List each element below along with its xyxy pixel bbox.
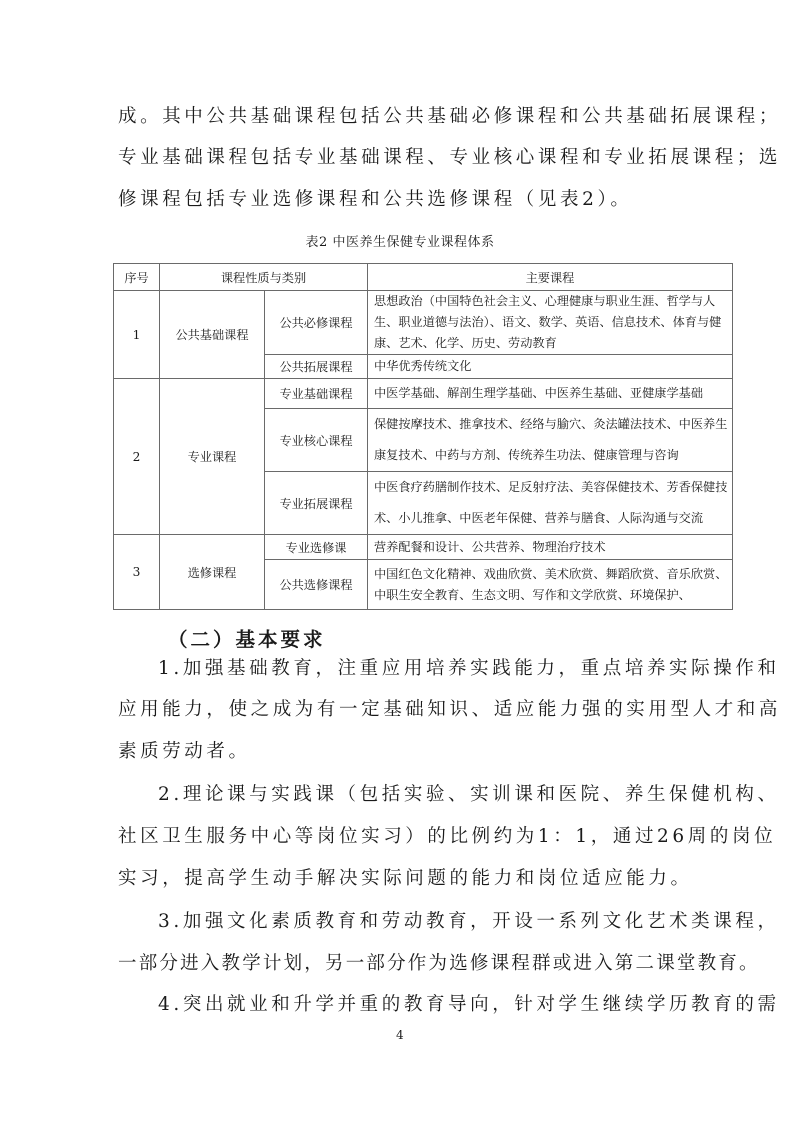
- req-line: 3.加强文化素质教育和劳动教育，开设一系列文化艺术类课程，: [158, 910, 780, 934]
- courses-cell: 思想政治（中国特色社会主义、心理健康与职业生涯、哲学与人生、职业道德与法治）、语…: [368, 291, 733, 355]
- header-category: 课程性质与类别: [160, 264, 368, 291]
- intro-line-2: 专业基础课程包括专业基础课程、专业核心课程和专业拓展课程；选: [118, 146, 781, 170]
- req-line: 应用能力，使之成为有一定基础知识、适应能力强的实用型人才和高: [118, 698, 781, 722]
- subcategory-cell: 公共选修课程: [265, 560, 368, 610]
- intro-line-1: 成。其中公共基础课程包括公共基础必修课程和公共基础拓展课程；: [118, 105, 781, 129]
- group-no: 3: [114, 535, 160, 610]
- courses-cell: 中医食疗药膳制作技术、足反射疗法、美容保健技术、芳香保健技术、小儿推拿、中医老年…: [368, 472, 733, 535]
- header-courses: 主要课程: [368, 264, 733, 291]
- group-category: 公共基础课程: [160, 291, 265, 379]
- page-number: 4: [396, 1028, 404, 1042]
- subcategory-cell: 专业拓展课程: [265, 472, 368, 535]
- subcategory-cell: 专业选修课: [265, 535, 368, 560]
- group-category: 专业课程: [160, 379, 265, 535]
- course-system-table: 序号 课程性质与类别 主要课程 1 公共基础课程 公共必修课程 思想政治（中国特…: [113, 263, 733, 610]
- subcategory-cell: 专业基础课程: [265, 379, 368, 409]
- section-heading: （二）基本要求: [168, 624, 326, 652]
- req-line: 2.理论课与实践课（包括实验、实训课和医院、养生保健机构、: [158, 783, 780, 807]
- table-row: 3 选修课程 专业选修课 营养配餐和设计、公共营养、物理治疗技术: [114, 535, 733, 560]
- req-line: 实习，提高学生动手解决实际问题的能力和岗位适应能力。: [118, 867, 693, 891]
- req-line: 一部分进入教学计划，另一部分作为选修课程群或进入第二课堂教育。: [118, 952, 760, 976]
- req-line: 素质劳动者。: [118, 740, 251, 764]
- req-line: 1.加强基础教育，注重应用培养实践能力，重点培养实际操作和: [158, 657, 780, 681]
- header-no: 序号: [114, 264, 160, 291]
- table-header-row: 序号 课程性质与类别 主要课程: [114, 264, 733, 291]
- table-caption: 表2 中医养生保健专业课程体系: [0, 231, 800, 250]
- subcategory-cell: 公共必修课程: [265, 291, 368, 355]
- subcategory-cell: 专业核心课程: [265, 409, 368, 472]
- subcategory-cell: 公共拓展课程: [265, 355, 368, 379]
- courses-cell: 中国红色文化精神、戏曲欣赏、美术欣赏、舞蹈欣赏、音乐欣赏、中职生安全教育、生态文…: [368, 560, 733, 610]
- table-row: 1 公共基础课程 公共必修课程 思想政治（中国特色社会主义、心理健康与职业生涯、…: [114, 291, 733, 355]
- group-category: 选修课程: [160, 535, 265, 610]
- document-page: 成。其中公共基础课程包括公共基础必修课程和公共基础拓展课程； 专业基础课程包括专…: [0, 0, 800, 1131]
- courses-cell: 营养配餐和设计、公共营养、物理治疗技术: [368, 535, 733, 560]
- courses-cell: 中医学基础、解剖生理学基础、中医养生基础、亚健康学基础: [368, 379, 733, 409]
- table-row: 2 专业课程 专业基础课程 中医学基础、解剖生理学基础、中医养生基础、亚健康学基…: [114, 379, 733, 409]
- group-no: 1: [114, 291, 160, 379]
- courses-cell: 保健按摩技术、推拿技术、经络与腧穴、灸法罐法技术、中医养生康复技术、中药与方剂、…: [368, 409, 733, 472]
- intro-line-3: 修课程包括专业选修课程和公共选修课程（见表2）。: [118, 188, 632, 212]
- courses-cell: 中华优秀传统文化: [368, 355, 733, 379]
- req-line: 4.突出就业和升学并重的教育导向，针对学生继续学历教育的需: [158, 993, 780, 1017]
- group-no: 2: [114, 379, 160, 535]
- req-line: 社区卫生服务中心等岗位实习）的比例约为1：1，通过26周的岗位: [118, 825, 776, 849]
